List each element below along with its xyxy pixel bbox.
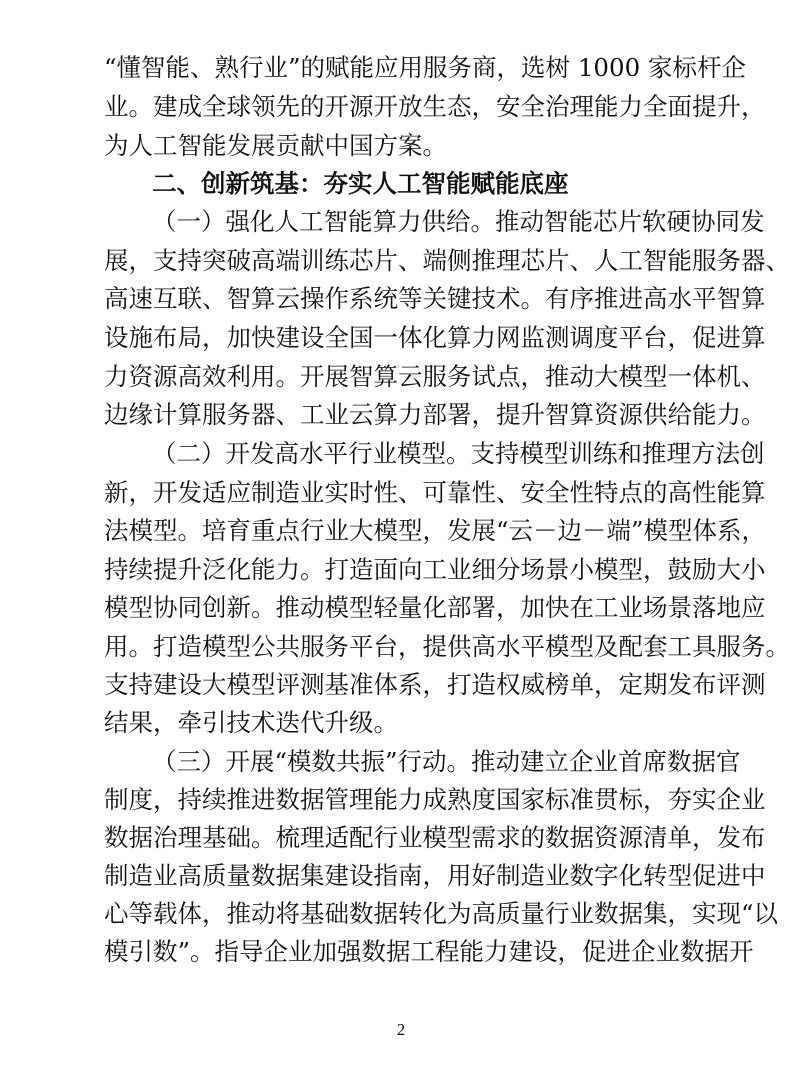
paragraph-line: 业。建成全球领先的开源开放生态，安全治理能力全面提升， <box>104 88 696 126</box>
paragraph-line: 高速互联、智算云操作系统等关键技术。有序推进高水平智算 <box>104 280 696 318</box>
paragraph-line: 结果，牵引技术迭代升级。 <box>104 704 696 742</box>
paragraph-line: 新，开发适应制造业实时性、可靠性、安全性特点的高性能算 <box>104 474 696 512</box>
page-number: 2 <box>0 1020 802 1040</box>
paragraph-line: （三）开展“模数共振”行动。推动建立企业首席数据官 <box>152 743 696 781</box>
paragraph-line: （一）强化人工智能算力供给。推动智能芯片软硬协同发 <box>152 203 696 241</box>
paragraph-line: 制造业高质量数据集建设指南，用好制造业数字化转型促进中 <box>104 857 696 895</box>
paragraph-line: 力资源高效利用。开展智算云服务试点，推动大模型一体机、 <box>104 358 696 396</box>
paragraph-line: 模引数”。指导企业加强数据工程能力建设，促进企业数据开 <box>104 933 696 971</box>
paragraph-line: 法模型。培育重点行业大模型，发展“云－边－端”模型体系， <box>104 512 696 550</box>
paragraph-line: 心等载体，推动将基础数据转化为高质量行业数据集，实现“以 <box>104 895 696 933</box>
paragraph-line: 持续提升泛化能力。打造面向工业细分场景小模型，鼓励大小 <box>104 551 696 589</box>
paragraph-line: 为人工智能发展贡献中国方案。 <box>104 127 696 165</box>
paragraph-line: 用。打造模型公共服务平台，提供高水平模型及配套工具服务。 <box>104 628 696 666</box>
paragraph-line: 边缘计算服务器、工业云算力部署，提升智算资源供给能力。 <box>104 396 696 434</box>
paragraph-line: （二）开发高水平行业模型。支持模型训练和推理方法创 <box>152 435 696 473</box>
paragraph-line: 支持建设大模型评测基准体系，打造权威榜单，定期发布评测 <box>104 666 696 704</box>
paragraph-line: 展，支持突破高端训练芯片、端侧推理芯片、人工智能服务器、 <box>104 242 696 280</box>
section-heading: 二、创新筑基：夯实人工智能赋能底座 <box>152 165 569 203</box>
paragraph-line: “懂智能、熟行业”的赋能应用服务商，选树 1000 家标杆企 <box>104 49 696 87</box>
paragraph-line: 数据治理基础。梳理适配行业模型需求的数据资源清单，发布 <box>104 819 696 857</box>
paragraph-line: 制度，持续推进数据管理能力成熟度国家标准贯标，夯实企业 <box>104 781 696 819</box>
document-page: “懂智能、熟行业”的赋能应用服务商，选树 1000 家标杆企 业。建成全球领先的… <box>0 0 802 1076</box>
paragraph-line: 模型协同创新。推动模型轻量化部署，加快在工业场景落地应 <box>104 589 696 627</box>
paragraph-line: 设施布局，加快建设全国一体化算力网监测调度平台，促进算 <box>104 319 696 357</box>
